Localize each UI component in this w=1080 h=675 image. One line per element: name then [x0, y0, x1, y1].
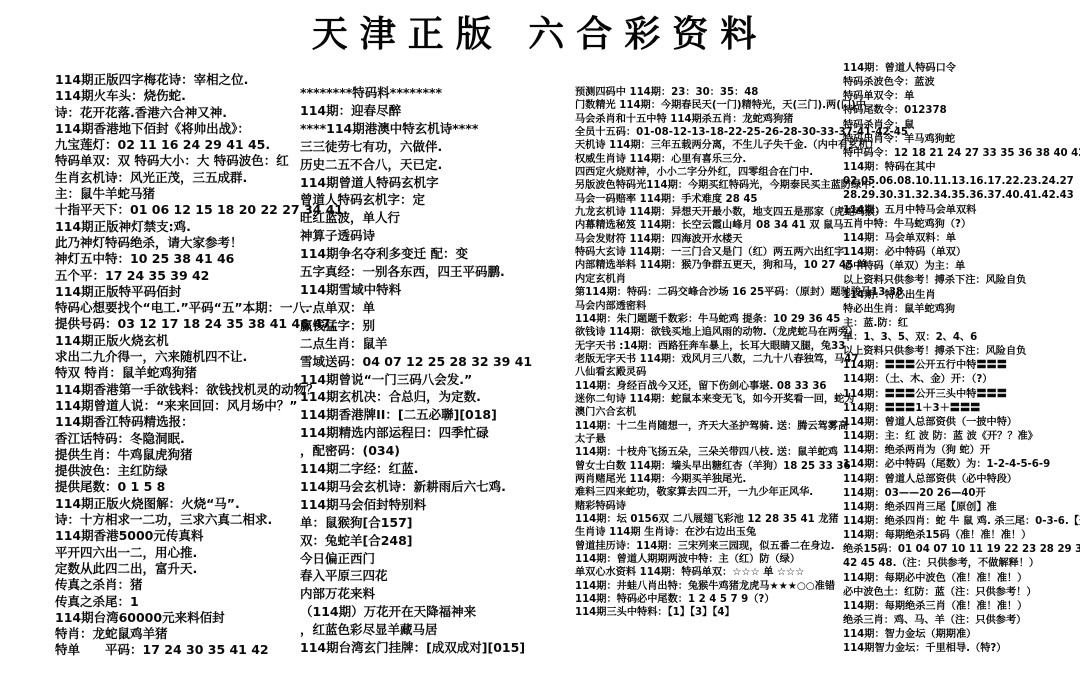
text-line: 114期：特必出生肖 — [843, 289, 1080, 303]
text-line: 求出二九介得一，六来随机四不让. — [55, 349, 305, 365]
text-line: 114期二字经：红蓝. — [300, 460, 562, 478]
text-line: 特中码令：12 18 21 24 27 33 35 36 38 40 42 43 — [843, 147, 1080, 161]
text-line: 二点生肖：鼠羊 — [300, 335, 562, 353]
text-line: 无字天书 :14期：西路狂奔车暴上，长耳大眼睛又腿，兔33 — [575, 340, 875, 353]
text-line: 114期雪域中特料 — [300, 281, 562, 299]
text-line: 天机诗 114期：三年五载两分离，不生儿子失千金.（内中有玄机） — [575, 139, 875, 152]
text-line: 曾女士白数 114期：墙头早出糖红杏（羊狗）18 25 33 36 — [575, 460, 875, 473]
text-line: 绝杀15码：01 04 07 10 11 19 22 23 28 29 31 3… — [843, 543, 1080, 557]
text-line: 传真之杀肖：猪 — [55, 577, 305, 593]
text-line: 114期争名夺利多变迁 配：变 — [300, 245, 562, 263]
text-line: 内定玄机肖 — [575, 273, 875, 286]
page-title: 天津正版 六合彩资料 — [0, 6, 1080, 57]
text-line: 114期：主：红 波 防：蓝 波《开？？准》 — [843, 430, 1080, 444]
text-line: 114期：每期绝杀三肖（准！准！准！） — [843, 600, 1080, 614]
text-line: 特码杀肖令：鼠 — [843, 119, 1080, 133]
text-line: 特码单双令：单 — [843, 90, 1080, 104]
text-line: 提供尾数：0 1 5 8 — [55, 479, 305, 495]
text-line: 单：鼠猴狗[合157] — [300, 514, 562, 532]
column-4-zengdaoren-commands: 114期：曾道人特码口令特码杀波色令：蓝波特码单双令：单特码尾数令：012378… — [843, 62, 1080, 657]
text-line: 内部万花来料 — [300, 585, 562, 603]
text-line: 主：鼠牛羊蛇马猪 — [55, 186, 305, 202]
text-line: 特码杀波色令：蓝波 — [843, 76, 1080, 90]
text-line: 以上资料只供参考！搏杀下注：风险自负 — [843, 345, 1080, 359]
text-line: 以上资料只供参考！搏杀下注：风险自负 — [843, 274, 1080, 288]
text-line: 必中特码（单双）为主：单 — [843, 260, 1080, 274]
text-line: 平开四六出一二，用心推. — [55, 545, 305, 561]
text-line: 114期：马会单双料：单 — [843, 232, 1080, 246]
text-line: ，配密码：(034) — [300, 442, 562, 460]
text-line: 生肖诗 114期 生肖诗：在沙右边出玉兔 — [575, 526, 875, 539]
text-line: 特必出生肖：鼠羊蛇鸡狗 — [843, 303, 1080, 317]
text-line: 五肖中特：牛马蛇鸡狗（?） — [843, 218, 1080, 232]
text-line: （114期）万花开在天降福神来 — [300, 603, 562, 621]
text-line: 114期马会玄机诗：新耕雨后六七鸡. — [300, 478, 562, 496]
text-line: 114期：必中特码（单双） — [843, 246, 1080, 260]
text-line: 内幕精选秘笈 114期：长空云霞山峰月 08 34 41 双 鼠马 — [575, 219, 875, 232]
text-line: 114期正版火烧图解：火烧“马”. — [55, 496, 305, 512]
text-line: 神灯五中特：10 25 38 41 46 — [55, 251, 305, 267]
text-line: 特双 特肖：鼠羊蛇鸡狗猪 — [55, 365, 305, 381]
text-line: 十指平天下：01 06 12 15 18 20 22 27 34 41. — [55, 202, 305, 218]
text-line: 雪域送码：04 07 12 25 28 32 39 41 — [300, 353, 562, 371]
column-3-prediction-poems: 预测四码中 114期：23：30：35：48门数精光 114期：今期春民天(一门… — [575, 86, 875, 620]
text-line: 02.05.06.08.10.11.13.16.17.22.23.24.27 — [843, 175, 1080, 189]
text-line: 114期曾说“一门三码八会发.” — [300, 371, 562, 389]
text-line: 114期香江特码精选报： — [55, 414, 305, 430]
text-line: 114期正版神灯禁支:鸡. — [55, 219, 305, 235]
text-line: 114期：坛 0156双 二八展翅飞彩池 12 28 35 41 龙猪 — [575, 513, 875, 526]
text-line: 马会一码赔率 114期：手术难度 28 45 — [575, 193, 875, 206]
text-line: 114期火车头：烧伤蛇. — [55, 88, 305, 104]
text-line: 28.29.30.31.32.34.35.36.37.40.41.42.43 — [843, 189, 1080, 203]
text-line: 另版波色特码光114期：今期买红特码光，今期泰民买主蓝防绿中. — [575, 179, 875, 192]
text-line: 单双心水资料 114期：特码单双：☆☆☆ 单 ☆☆☆ — [575, 566, 875, 579]
text-line: 114期：井蛙八肖出特：兔猴牛鸡猪龙虎马★★★○○准错 — [575, 580, 875, 593]
text-line: 八仙看玄殿灵码 — [575, 366, 875, 379]
text-line: 114期：〓〓〓1＋3＋〓〓〓 — [843, 402, 1080, 416]
text-line: 欲钱诗 114期：欲钱买地上追风雨的动物.（龙虎蛇马在两旁） — [575, 326, 875, 339]
text-line: 诗：十方相求一二功，三求六真二相求. — [55, 512, 305, 528]
text-line: 114期玄机决：合总归，为定数. — [300, 388, 562, 406]
text-line: 全员十五码：01-08-12-13-18-22-25-26-28-30-33-3… — [575, 126, 875, 139]
text-line: 114期：曾道人期期两波中特：主（红）防（绿） — [575, 553, 875, 566]
text-line: 114期马会佰封特别料 — [300, 496, 562, 514]
text-line: 必中波色土：红防：蓝（注：只供参考！） — [843, 586, 1080, 600]
text-line: 114期：每期绝杀15码（准！准！准！） — [843, 529, 1080, 543]
text-line: 曾道挂历诗：114期：三宋列来三园现，似五番二在身边. — [575, 540, 875, 553]
text-line: 114期：每期必中波色（准！准！准！） — [843, 572, 1080, 586]
text-line: 历史二五不合八，天已定. — [300, 156, 562, 174]
text-line: ，红蓝色彩尽显羊藏马居 — [300, 621, 562, 639]
text-line: 老版无字天书 114期：戏风月三八数，二九十八春独笃，马47 — [575, 353, 875, 366]
text-line: 提供波色：主红防绿 — [55, 463, 305, 479]
text-line: 赌彩特码诗 — [575, 500, 875, 513]
text-line: 两肖赌尾光 114期：今期买羊独尾光. — [575, 473, 875, 486]
text-line: 内部精选举料 114期：猴乃争群五更天，狗和马，10 27 45 单 — [575, 259, 875, 272]
text-line: 曾道人特码玄机字：定 — [300, 191, 562, 209]
text-line: 三三徒劳七有功，六做伴. — [300, 138, 562, 156]
text-line: 114期：03——20 26—40开 — [843, 487, 1080, 501]
text-line: 114期三头中特料：【1】【3】【4】 — [575, 606, 875, 619]
text-line: 四西定火烧财神，小小二字分外红，四零组合在门中. — [575, 166, 875, 179]
text-line: 春入平原三四花 — [300, 567, 562, 585]
text-line: ********特码料******** — [300, 84, 562, 102]
text-line: 114期：〓〓〓公开五行中特〓〓〓 — [843, 359, 1080, 373]
text-line: 114期：〓〓〓公开三头中特〓〓〓 — [843, 388, 1080, 402]
text-line: 114期正版四字梅花诗：宰相之位. — [55, 72, 305, 88]
text-line: 生肖玄机诗：风光正茂，三五成群. — [55, 170, 305, 186]
text-line: 香江话特码：冬隐洞眠. — [55, 431, 305, 447]
text-line: 114期：（土、木、金）开：（?） — [843, 373, 1080, 387]
text-line: 绝杀三肖：鸡、马、羊（注：只供参考） — [843, 614, 1080, 628]
text-line: 特肖：龙蛇鼠鸡羊猪 — [55, 626, 305, 642]
text-line: 传真之杀尾：1 — [55, 594, 305, 610]
text-line: 114期台湾60000元来料佰封 — [55, 610, 305, 626]
text-line: 114期：曾道人特码口令 — [843, 62, 1080, 76]
text-line: 114期：曾道人总部资供（必中特段） — [843, 473, 1080, 487]
text-line: 提供号码：03 12 17 18 24 35 38 41 46 47. — [55, 316, 305, 332]
text-line: 五个平：17 24 35 39 42 — [55, 268, 305, 284]
text-line: 迷你二句诗 114期：蛇鼠本来变无飞，如今开奖看一回，蛇为 — [575, 393, 875, 406]
text-line: 114期曾道人说：“来来回回：风月场中？” — [55, 398, 305, 414]
text-line: 马会内部透密料 — [575, 300, 875, 313]
text-line: 114期智力金坛：千里相导.（特?） — [843, 642, 1080, 656]
text-line: 单：1、3、5、双：2、4、6 — [843, 331, 1080, 345]
text-line: 特码大玄诗 114期：一三门合又是门（红）两五两六出红字 — [575, 246, 875, 259]
text-line: 114期香港第一手欲钱料：欲钱找机灵的动物？ — [55, 382, 305, 398]
column-2-special-code-tips: ********特码料********114期：迎春尽醉****114期港澳中特… — [300, 84, 562, 657]
text-line: 114期：朱门题题千数彩：牛马蛇鸡 提条：10 29 36 45 — [575, 313, 875, 326]
text-line: 114期精选内部运程曰：四季忙碌 — [300, 424, 562, 442]
text-line: 特码尾数令：012378 — [843, 104, 1080, 118]
text-line: 马会杀肖和十五中特 114期杀五肖：龙蛇鸡狗猪 — [575, 113, 875, 126]
lottery-info-sheet: 天津正版 六合彩资料 114期正版四字梅花诗：宰相之位.114期火车头：烧伤蛇.… — [0, 0, 1080, 675]
text-line: 114期：必中特码（尾数）为：1-2-4-5-6-9 — [843, 458, 1080, 472]
text-line: 114期：绝杀四肖：蛇 牛 鼠 鸡. 杀三尾：0-3-6.【开?】 — [843, 515, 1080, 529]
text-line: 九宝莲灯：02 11 16 24 29 41 45. — [55, 137, 305, 153]
text-line: 双：兔蛇羊[合248] — [300, 532, 562, 550]
text-line: 主：蓝.防：红 — [843, 317, 1080, 331]
text-line: 114期正版特平码佰封 — [55, 284, 305, 300]
text-line: 神算子透码诗 — [300, 227, 562, 245]
text-line: 定数从此四二出，富升天. — [55, 561, 305, 577]
text-line: 九龙玄机诗 114期：异想天开最小数，地支四五是那家（虎蛇鸡猴） — [575, 206, 875, 219]
text-line: 114期：十枝舟飞扬五朵，三朵关带四八枝. 送：鼠羊蛇鸡 — [575, 446, 875, 459]
text-line: 114期香港牌II：[二五必聯][018] — [300, 406, 562, 424]
text-line: 特码单双：双 特码大小：大 特码波色：红 — [55, 153, 305, 169]
text-line: 114期曾道人特码玄机字 — [300, 174, 562, 192]
text-line: 114期：绝杀四肖三尾【原创】准 — [843, 501, 1080, 515]
text-line: 114期正版火烧玄机 — [55, 333, 305, 349]
text-line: 权威生肖诗 114期：心里有喜乐三分. — [575, 153, 875, 166]
text-line: 114期：绝杀两肖为（狗 蛇）开 — [843, 444, 1080, 458]
text-line: 114期：特码必中尾数：1 2 4 5 7 9（?） — [575, 593, 875, 606]
text-line: 五字真经：一别各东西，四王平码鹏. — [300, 263, 562, 281]
text-line: 114期香港地下佰封《将帅出战》： — [55, 121, 305, 137]
text-line: 114期：身经百战今又还，留下伤剑心事堪. 08 33 36 — [575, 380, 875, 393]
text-line: 114期：十二生肖随想一，齐天大圣护驾骑. 送：腾云驾雾高 — [575, 420, 875, 433]
text-line: 预测四码中 114期：23：30：35：48 — [575, 86, 875, 99]
text-line: ****114期港澳中特玄机诗**** — [300, 120, 562, 138]
text-line: 114期：曾道人总部资供（一披中特） — [843, 416, 1080, 430]
text-line: 114期香港5000元传真料 — [55, 528, 305, 544]
text-line: 114期：特码在其中 — [843, 161, 1080, 175]
text-line: 114期：五月中特马会单双料 — [843, 204, 1080, 218]
text-line: 114期：智力金坛（期期准） — [843, 628, 1080, 642]
column-1-hongkong-tips: 114期正版四字梅花诗：宰相之位.114期火车头：烧伤蛇.诗：花开花落.香港六合… — [55, 72, 305, 659]
text-line: 114期台湾玄门挂牌：[成双成对][015] — [300, 639, 562, 657]
text-line: 今日偏正西门 — [300, 550, 562, 568]
text-line: 澳门六合玄机 — [575, 406, 875, 419]
text-line: 门数精光 114期：今期春民天(一门)精特光，天(三门).两(门)中 — [575, 99, 875, 112]
text-line: 难料三四来蛇功，敬家算去四二开，一九少年正风华. — [575, 486, 875, 499]
text-line: 马会发财符 114期：四海波开水楼天 — [575, 233, 875, 246]
text-line: 太子悬 — [575, 433, 875, 446]
text-line: 提供生肖：牛鸡鼠虎狗猪 — [55, 447, 305, 463]
text-line: 诗：花开花落.香港六合神又神. — [55, 105, 305, 121]
text-line: 一点单双：单 — [300, 299, 562, 317]
text-line: 第114期：特码：二码交峰合沙场 16 25平码：（原封）题驰骏马13 38 — [575, 286, 875, 299]
text-line: 特码心想要找个“电工.”平码“五”本期：一八. — [55, 300, 305, 316]
text-line: 114期：迎春尽醉 — [300, 102, 562, 120]
text-line: 42 45 48.（注：只供参考，不做解释！） — [843, 557, 1080, 571]
text-line: 旺红蓝波，单人行 — [300, 209, 562, 227]
text-line: 特单 平码：17 24 30 35 41 42 — [55, 642, 305, 658]
text-line: 此乃神灯特码绝杀，请大家参考！ — [55, 235, 305, 251]
text-line: 特码出肖令：羊马鸡狗蛇 — [843, 133, 1080, 147]
text-line: 赢钱猛字：别 — [300, 317, 562, 335]
